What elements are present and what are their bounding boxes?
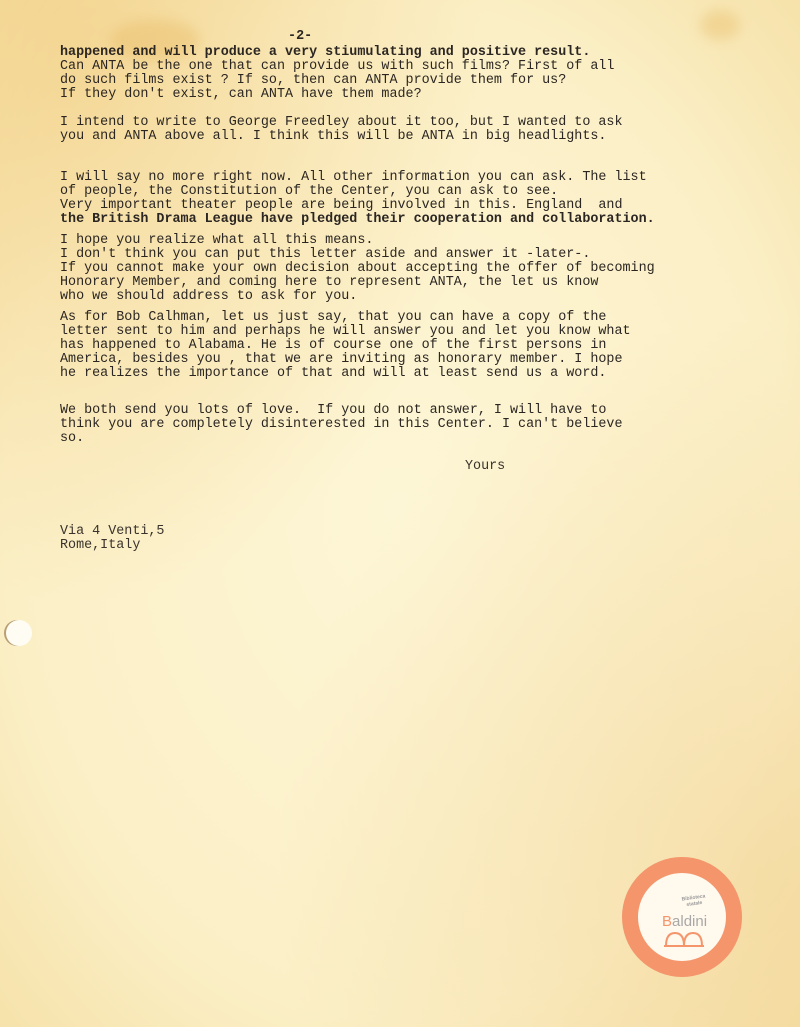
logo-small-text: Biblioteca statale [681,893,706,908]
text-line: he realizes the importance of that and w… [60,366,606,381]
paper-stain [700,10,740,40]
punch-hole [6,620,32,646]
scan-bottom-margin [0,1027,800,1035]
text-line: of people, the Constitution of the Cente… [60,184,558,199]
text-line: so. [60,431,84,446]
text-line: I don't think you can put this letter as… [60,247,590,262]
text-line: Very important theater people are being … [60,198,623,213]
text-line: letter sent to him and perhaps he will a… [60,324,631,339]
text-line: Can ANTA be the one that can provide us … [60,59,614,74]
library-watermark-logo: Biblioteca statale Baldini [622,857,742,977]
text-line: I intend to write to George Freedley abo… [60,115,623,130]
text-line: the British Drama League have pledged th… [60,212,655,227]
letter-page: -2- happened and will produce a very sti… [0,0,800,1027]
text-line: you and ANTA above all. I think this wil… [60,129,606,144]
text-line: If you cannot make your own decision abo… [60,261,655,276]
address-city: Rome,Italy [60,538,140,553]
text-line: As for Bob Calhman, let us just say, tha… [60,310,606,325]
open-book-icon [664,931,704,947]
logo-name-initial: B [662,913,672,930]
text-line: happened and will produce a very stiumul… [60,45,590,60]
logo-name: Baldini [662,913,707,930]
text-line: If they don't exist, can ANTA have them … [60,87,422,102]
address-street: Via 4 Venti,5 [60,524,164,539]
page-number: -2- [288,30,312,45]
text-line: I hope you realize what all this means. [60,233,373,248]
text-line: who we should address to ask for you. [60,289,357,304]
closing-salutation: Yours [465,459,505,474]
text-line: America, besides you , that we are invit… [60,352,623,367]
text-line: We both send you lots of love. If you do… [60,403,606,418]
logo-name-rest: aldini [672,913,707,930]
text-line: do such films exist ? If so, then can AN… [60,73,566,88]
text-line: think you are completely disinterested i… [60,417,623,432]
text-line: has happened to Alabama. He is of course… [60,338,606,353]
text-line: I will say no more right now. All other … [60,170,647,185]
text-line: Honorary Member, and coming here to repr… [60,275,598,290]
